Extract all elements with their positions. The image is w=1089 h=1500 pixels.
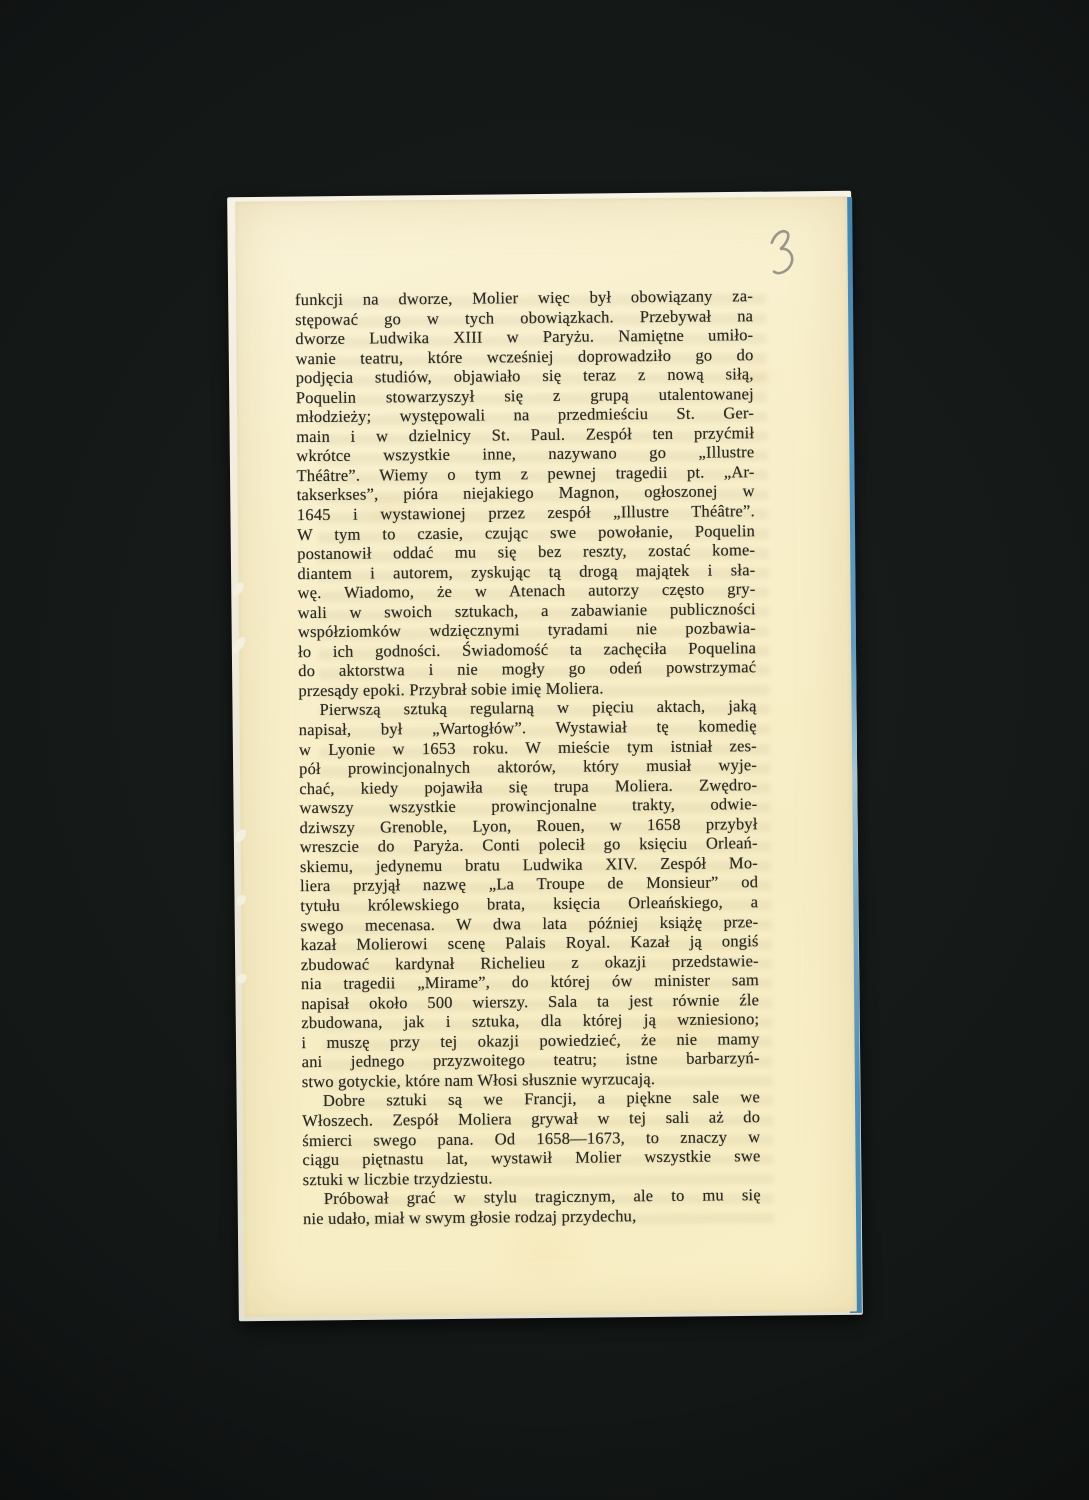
text-line: Próbował grać w stylu tragicznym, ale to… (303, 1185, 761, 1209)
pencil-numeral-icon (766, 226, 800, 280)
photo-background: 3 funkcji na dworze, Molier więc był obo… (0, 0, 1089, 1500)
text-line: ani jednego przyzwoitego teatru; istne b… (302, 1048, 760, 1072)
book-page: 3 funkcji na dworze, Molier więc był obo… (235, 196, 857, 1316)
handwritten-page-number: 3 (766, 226, 800, 280)
text-column: funkcji na dworze, Molier więc był obowi… (295, 286, 761, 1228)
text-line: ciągu piętnastu lat, wystawił Molier wsz… (302, 1146, 760, 1170)
text-line: do aktorstwa i nie mogły go odeń powstrz… (298, 658, 756, 682)
text-line: nie udało, miał w swym głosie rodzaj prz… (303, 1205, 761, 1229)
